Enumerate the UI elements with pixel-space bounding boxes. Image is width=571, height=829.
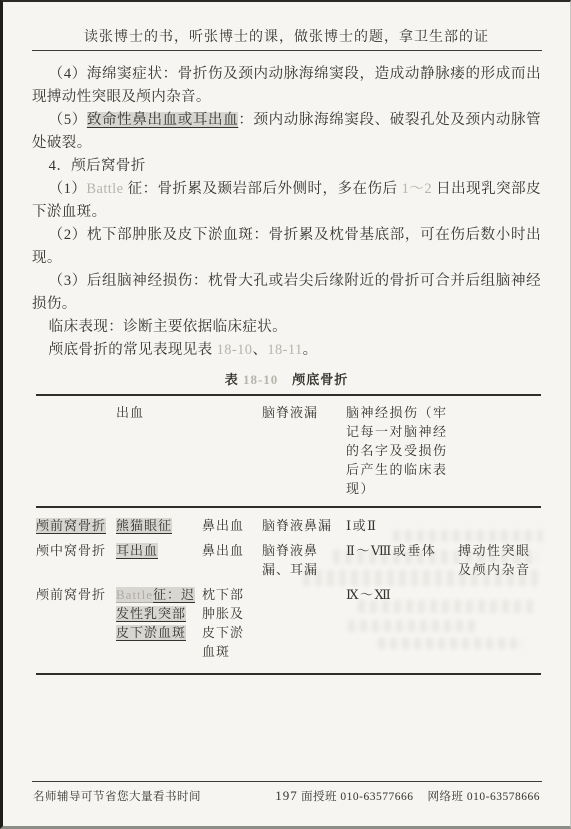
table-header-cell-4: 脑神经损伤（牢记每一对脑神经的名字及受损伤后产生的临床表现） (346, 401, 458, 500)
heading-posterior-fossa-fracture: 4．颅后窝骨折 (32, 155, 541, 178)
table-row-1-cell-4: Ⅱ～Ⅷ或垂体 (346, 539, 458, 581)
table-row-2-cell-2-seg-0: 枕下部肿胀及皮下淤血斑 (202, 587, 244, 659)
table-row-1-cell-3: 脑脊液鼻漏、耳漏 (262, 539, 346, 581)
table-caption: 表 18-10 颅底骨折 (3, 369, 570, 388)
para-table-reference-seg-2: 、 (252, 342, 267, 358)
para-table-reference-seg-4: 。 (303, 342, 318, 358)
para-suboccipital-swelling-seg-0: （2）枕下部肿胀及皮下淤血斑：骨折累及枕骨基底部，可在伤后数小时出现。 (32, 227, 541, 266)
table-header-cell-1: 出血 (116, 401, 202, 500)
table-row-1-cell-3-seg-0: 脑脊液鼻漏、耳漏 (262, 543, 318, 577)
para-cavernous-sinus-symptom-seg-0: （4）海绵窦症状：骨折伤及颈内动脉海绵窦段，造成动静脉瘘的形成而出现搏动性突眼及… (32, 66, 541, 105)
table-row-0-cell-3: 脑脊液鼻漏 (262, 514, 346, 537)
table-row-2-cell-5 (458, 583, 544, 663)
table-row-0: 颅前窝骨折熊猫眼征鼻出血脑脊液鼻漏Ⅰ或Ⅱ (36, 514, 541, 537)
page-number: 197 (33, 788, 540, 804)
para-clinical-manifestation: 临床表现：诊断主要依据临床症状。 (32, 316, 541, 339)
table-caption-seg-0: 表 (225, 372, 243, 387)
para-clinical-manifestation-seg-0: 临床表现：诊断主要依据临床症状。 (49, 319, 287, 335)
table-row-1-cell-2-seg-0: 鼻出血 (202, 543, 244, 558)
table-row-1-cell-2: 鼻出血 (202, 539, 262, 581)
para-battle-sign-seg-2: 征：骨折累及颞岩部后外侧时，多在伤后 (123, 181, 401, 197)
para-cranial-nerve-injury: （3）后组脑神经损伤：枕骨大孔或岩尖后缘附近的骨折可合并后组脑神经损伤。 (32, 270, 541, 316)
table-row-2-cell-0-seg-0: 颅前窝骨折 (36, 587, 106, 602)
para-suboccipital-swelling: （2）枕下部肿胀及皮下淤血斑：骨折累及枕骨基底部，可在伤后数小时出现。 (32, 224, 541, 270)
heading-posterior-fossa-fracture-seg-0: 4．颅后窝骨折 (49, 158, 146, 174)
table-row-0-cell-5 (458, 514, 544, 537)
table-row-1-cell-0-seg-0: 颅中窝骨折 (36, 543, 106, 558)
bleedthrough-artifact (3, 687, 133, 697)
table-caption-seg-1: 18-10 (243, 372, 278, 387)
table-row-1-cell-1: 耳出血 (116, 539, 202, 581)
para-battle-sign-seg-0: （1） (49, 181, 87, 197)
bleedthrough-artifact (3, 675, 463, 687)
table-caption-seg-2: 颅底骨折 (278, 372, 348, 387)
table-row-0-cell-1-seg-0: 熊猫眼征 (116, 518, 172, 533)
table-row-1-cell-5: 搏动性突眼及颅内杂音 (458, 539, 544, 581)
para-battle-sign-seg-1: Battle (86, 181, 123, 197)
para-fatal-epistaxis-seg-1: 致命性鼻出血或耳出血 (87, 112, 238, 128)
table-row-2-cell-0: 颅前窝骨折 (36, 583, 116, 663)
table-row-1: 颅中窝骨折耳出血鼻出血脑脊液鼻漏、耳漏Ⅱ～Ⅷ或垂体搏动性突眼及颅内杂音 (36, 539, 541, 581)
para-battle-sign-seg-3: 1～2 (402, 181, 432, 197)
header-rule (32, 50, 542, 51)
table-row-1-cell-0: 颅中窝骨折 (36, 539, 116, 581)
page-header: 读张博士的书，听张博士的课，做张博士的题，拿卫生部的证 (3, 2, 570, 46)
table-header-row: 出血脑脊液漏脑神经损伤（牢记每一对脑神经的名字及受损伤后产生的临床表现） (36, 394, 541, 508)
para-table-reference: 颅底骨折的常见表现见表 18-10、18-11。 (32, 339, 541, 362)
page-footer: 197 名师辅导可节省您大量看书时间 面授班 010-63577666 网络班 … (3, 781, 570, 804)
table-row-0-cell-1: 熊猫眼征 (116, 514, 202, 537)
table-header-cell-0 (36, 401, 116, 500)
table-row-0-cell-2: 鼻出血 (202, 514, 262, 537)
table-row-0-cell-0-seg-0: 颅前窝骨折 (36, 518, 106, 533)
table-row-0-cell-4-seg-0: Ⅰ或Ⅱ (346, 518, 377, 533)
para-cranial-nerve-injury-seg-0: （3）后组脑神经损伤：枕骨大孔或岩尖后缘附近的骨折可合并后组脑神经损伤。 (32, 273, 541, 312)
table-row-2-cell-1: Battle征：迟发性乳突部皮下淤血斑 (116, 583, 202, 663)
table-row-2: 颅前窝骨折Battle征：迟发性乳突部皮下淤血斑枕下部肿胀及皮下淤血斑Ⅸ～Ⅻ (36, 583, 541, 663)
para-battle-sign: （1）Battle 征：骨折累及颞岩部后外侧时，多在伤后 1～2 日出现乳突部皮… (32, 178, 541, 224)
table-row-2-cell-4-seg-0: Ⅸ～Ⅻ (346, 587, 392, 602)
book-page: 读张博士的书，听张博士的课，做张博士的题，拿卫生部的证 （4）海绵窦症状：骨折伤… (0, 0, 571, 829)
para-table-reference-seg-0: 颅底骨折的常见表现见表 (49, 342, 217, 358)
table-row-0-cell-4: Ⅰ或Ⅱ (346, 514, 458, 537)
header-slogan: 读张博士的书，听张博士的课，做张博士的题，拿卫生部的证 (84, 30, 489, 45)
table-body: 颅前窝骨折熊猫眼征鼻出血脑脊液鼻漏Ⅰ或Ⅱ颅中窝骨折耳出血鼻出血脑脊液鼻漏、耳漏Ⅱ… (36, 508, 541, 675)
table-row-1-cell-1-seg-0: 耳出血 (116, 543, 158, 558)
para-cavernous-sinus-symptom: （4）海绵窦症状：骨折伤及颈内动脉海绵窦段，造成动静脉瘘的形成而出现搏动性突眼及… (32, 63, 541, 109)
table-header-cell-3: 脑脊液漏 (262, 401, 346, 500)
table-row-1-cell-4-seg-0: Ⅱ～Ⅷ或垂体 (346, 543, 436, 558)
table-header-cell-2 (202, 401, 262, 500)
table-header-cell-5 (458, 401, 544, 500)
table-row-2-cell-3 (262, 583, 346, 663)
para-table-reference-seg-1: 18-10 (217, 342, 253, 358)
footer-rule (32, 781, 542, 782)
table-row-1-cell-5-seg-0: 搏动性突眼及颅内杂音 (458, 543, 531, 577)
para-fatal-epistaxis-seg-0: （5） (49, 112, 87, 128)
table-row-0-cell-2-seg-0: 鼻出血 (202, 518, 244, 533)
para-table-reference-seg-3: 18-11 (267, 342, 302, 358)
table-row-2-cell-1-seg-0: Battle (116, 587, 153, 602)
table-row-2-cell-4: Ⅸ～Ⅻ (346, 583, 458, 663)
table-row-0-cell-3-seg-0: 脑脊液鼻漏 (262, 518, 332, 533)
fracture-table: 出血脑脊液漏脑神经损伤（牢记每一对脑神经的名字及受损伤后产生的临床表现） 颅前窝… (36, 394, 541, 675)
table-row-0-cell-0: 颅前窝骨折 (36, 514, 116, 537)
bleedthrough-artifact (3, 697, 93, 708)
body-paragraphs: （4）海绵窦症状：骨折伤及颈内动脉海绵窦段，造成动静脉瘘的形成而出现搏动性突眼及… (32, 63, 541, 362)
para-fatal-epistaxis: （5）致命性鼻出血或耳出血：颈内动脉海绵窦段、破裂孔处及颈内动脉管处破裂。 (32, 109, 541, 155)
table-row-2-cell-2: 枕下部肿胀及皮下淤血斑 (202, 583, 262, 663)
